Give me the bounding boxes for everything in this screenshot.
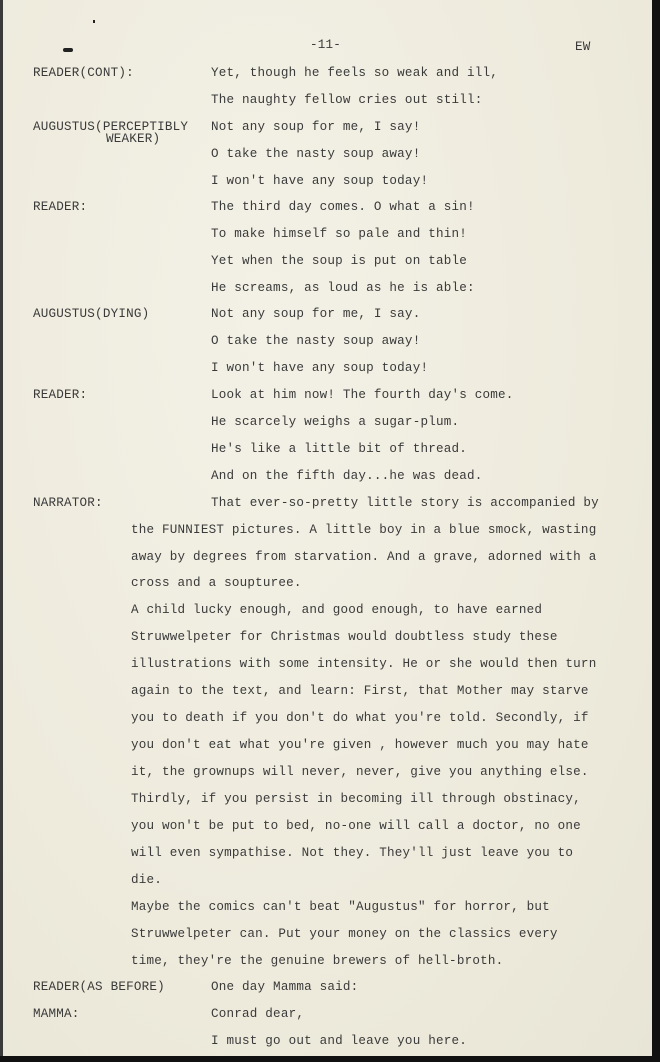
verse-line: I won't have any soup today!: [211, 174, 428, 188]
prose-line: you to death if you don't do what you're…: [131, 711, 589, 725]
prose-line: Thirdly, if you persist in becoming ill …: [131, 792, 581, 806]
verse-line: The naughty fellow cries out still:: [211, 93, 483, 107]
verse-line: He scarcely weighs a sugar-plum.: [211, 415, 459, 429]
speaker-reader-as-before: READER(AS BEFORE): [33, 980, 165, 994]
prose-line: the FUNNIEST pictures. A little boy in a…: [131, 523, 596, 537]
speaker-reader: READER:: [33, 200, 87, 214]
author-initials: EW: [575, 40, 591, 54]
verse-line: Look at him now! The fourth day's come.: [211, 388, 514, 402]
verse-line: To make himself so pale and thin!: [211, 227, 467, 241]
speaker-augustus-dying: AUGUSTUS(DYING): [33, 307, 149, 321]
prose-line: Maybe the comics can't beat "Augustus" f…: [131, 900, 550, 914]
prose-line: illustrations with some intensity. He or…: [131, 657, 596, 671]
verse-line: Not any soup for me, I say.: [211, 307, 420, 321]
verse-line: O take the nasty soup away!: [211, 334, 420, 348]
page-number: -11-: [310, 38, 341, 52]
ink-speck: [93, 20, 95, 23]
prose-line: it, the grownups will never, never, give…: [131, 765, 589, 779]
prose-line: you won't be put to bed, no-one will cal…: [131, 819, 581, 833]
prose-line: That ever-so-pretty little story is acco…: [211, 496, 599, 510]
verse-line: Not any soup for me, I say!: [211, 120, 420, 134]
prose-line: Struwwelpeter can. Put your money on the…: [131, 927, 558, 941]
verse-line: O take the nasty soup away!: [211, 147, 420, 161]
speaker-reader-cont: READER(CONT):: [33, 66, 134, 80]
verse-line: The third day comes. O what a sin!: [211, 200, 475, 214]
speaker-reader: READER:: [33, 388, 87, 402]
verse-line: One day Mamma said:: [211, 980, 358, 994]
prose-line: will even sympathise. Not they. They'll …: [131, 846, 573, 860]
prose-line: A child lucky enough, and good enough, t…: [131, 603, 542, 617]
prose-line: away by degrees from starvation. And a g…: [131, 550, 596, 564]
verse-line: And on the fifth day...he was dead.: [211, 469, 483, 483]
prose-line: cross and a soupturee.: [131, 576, 302, 590]
prose-line: die.: [131, 873, 162, 887]
verse-line: He screams, as loud as he is able:: [211, 281, 475, 295]
verse-line: Yet when the soup is put on table: [211, 254, 467, 268]
prose-line: Struwwelpeter for Christmas would doubtl…: [131, 630, 558, 644]
verse-line: Conrad dear,: [211, 1007, 304, 1021]
verse-line: I must go out and leave you here.: [211, 1034, 467, 1048]
typewritten-script-page: -11- EW READER(CONT): Yet, though he fee…: [0, 0, 652, 1056]
speaker-narrator: NARRATOR:: [33, 496, 103, 510]
verse-line: He's like a little bit of thread.: [211, 442, 467, 456]
verse-line: Yet, though he feels so weak and ill,: [211, 66, 498, 80]
ink-blot: [63, 48, 73, 52]
prose-line: again to the text, and learn: First, tha…: [131, 684, 589, 698]
verse-line: I won't have any soup today!: [211, 361, 428, 375]
prose-line: time, they're the genuine brewers of hel…: [131, 954, 503, 968]
prose-line: you don't eat what you're given , howeve…: [131, 738, 589, 752]
speaker-mamma: MAMMA:: [33, 1007, 80, 1021]
speaker-augustus-weaker-cont: WEAKER): [106, 132, 160, 146]
